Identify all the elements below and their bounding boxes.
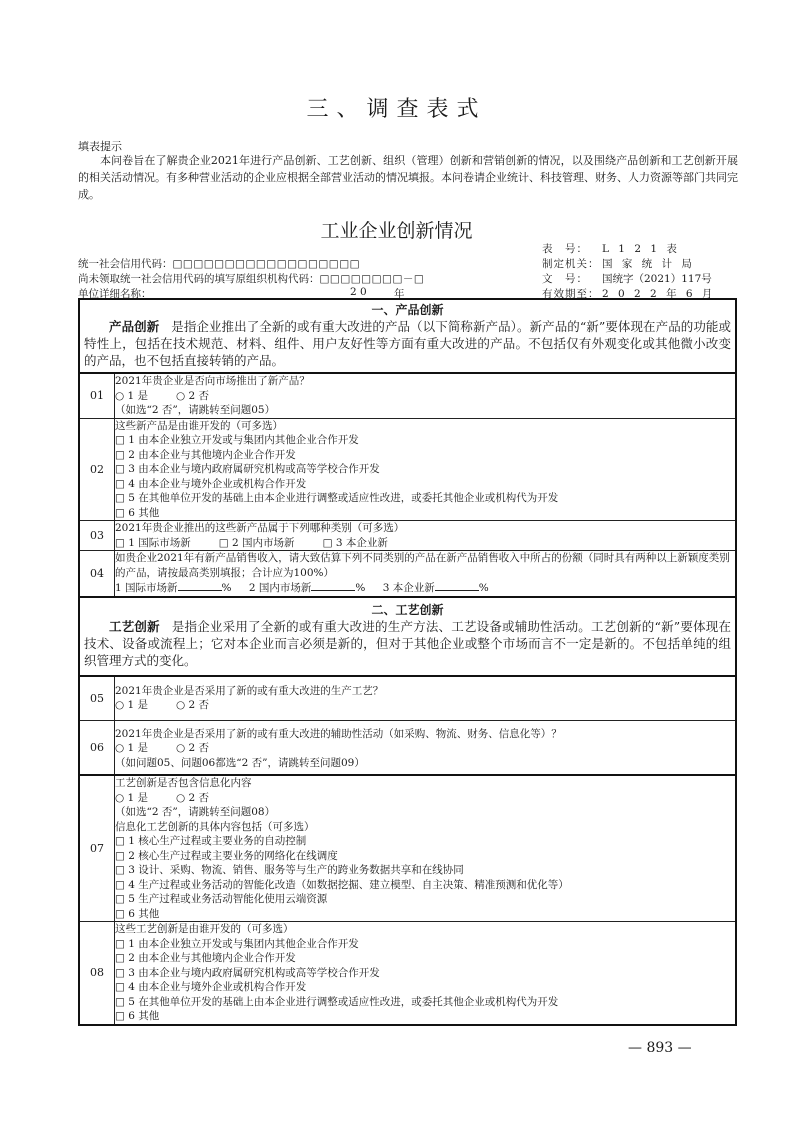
question-number: 04 <box>79 551 115 597</box>
question-text: 2021年贵企业是否采用了新的或有重大改进的辅助性活动（如采购、物流、财务、信息… <box>115 727 735 742</box>
radio-yes[interactable]: ○ 1 是 <box>115 741 148 756</box>
question-text: 工艺创新是否包含信息化内容 <box>115 776 735 791</box>
radio-no[interactable]: ○ 2 否 <box>176 389 209 404</box>
radio-no[interactable]: ○ 2 否 <box>176 741 209 756</box>
section-definition: 工艺创新是指企业采用了全新的或有重大改进的生产方法、工艺设备或辅助性活动。工艺创… <box>84 618 731 669</box>
org-code-boxes[interactable]: □□□□□□□□－□ <box>320 273 425 285</box>
credit-code-label: 统一社会信用代码： <box>78 258 173 270</box>
checkbox-option-6[interactable]: □ 6 其他 <box>115 907 735 922</box>
org-code-row: 尚未领取统一社会信用代码的填写原组织机构代码：□□□□□□□□－□ <box>78 271 424 286</box>
question-text: 这些新产品是由谁开发的（可多选） <box>115 419 735 434</box>
meta-document-number: 文 号：国统字（2021）117号 <box>542 271 738 286</box>
question-number: 08 <box>79 922 115 1025</box>
checkbox-option-3[interactable]: □ 3 由本企业与境内政府属研究机构或高等学校合作开发 <box>115 966 735 981</box>
question-text: 这些工艺创新是由谁开发的（可多选） <box>115 922 735 937</box>
question-number: 03 <box>79 521 115 551</box>
chapter-title: 三、调查表式 <box>0 92 793 123</box>
radio-no[interactable]: ○ 2 否 <box>176 791 209 806</box>
checkbox-option-4[interactable]: □ 4 由本企业与境外企业或机构合作开发 <box>115 477 735 492</box>
fill-hint-body: 本问卷旨在了解贵企业2021年进行产品创新、工艺创新、组织（管理）创新和营销创新… <box>78 152 738 203</box>
radio-no[interactable]: ○ 2 否 <box>176 698 209 713</box>
org-code-label: 尚未领取统一社会信用代码的填写原组织机构代码： <box>78 273 320 285</box>
checkbox-option-6[interactable]: □ 6 其他 <box>115 1009 735 1024</box>
checkbox-option-2[interactable]: □ 2 由本企业与其他境内企业合作开发 <box>115 951 735 966</box>
survey-table: 一、产品创新 产品创新是指企业推出了全新的或有重大改进的产品（以下简称新产品）。… <box>78 298 737 1026</box>
checkbox-option-2[interactable]: □ 2 核心生产过程或主要业务的网络化在线调度 <box>115 849 735 864</box>
credit-code-boxes[interactable]: □□□□□□□□□□□□□□□□□□ <box>173 258 361 270</box>
question-text: 2021年贵企业推出的这些新产品属于下列哪种类别（可多选） <box>115 521 735 536</box>
checkbox-option-1[interactable]: □ 1 由本企业独立开发或与集团内其他企业合作开发 <box>115 433 735 448</box>
question-row-02: 02 这些新产品是由谁开发的（可多选） □ 1 由本企业独立开发或与集团内其他企… <box>79 418 736 521</box>
question-text: 如贵企业2021年有新产品销售收入，请大致估算下列不同类别的产品在新产品销售收入… <box>115 551 735 580</box>
year-prefix: 2 0 <box>350 286 367 298</box>
checkbox-domestic-new[interactable]: □ 2 国内市场新 <box>219 536 295 551</box>
input-international-pct[interactable] <box>178 580 222 591</box>
skip-note: （如选“2 否”，请跳转至问题05） <box>115 403 735 418</box>
checkbox-enterprise-new[interactable]: □ 3 本企业新 <box>323 536 388 551</box>
radio-yes[interactable]: ○ 1 是 <box>115 791 148 806</box>
question-row-04: 04 如贵企业2021年有新产品销售收入，请大致估算下列不同类别的产品在新产品销… <box>79 551 736 597</box>
input-enterprise-pct[interactable] <box>435 580 479 591</box>
radio-yes[interactable]: ○ 1 是 <box>115 698 148 713</box>
field-label-international: 1 国际市场新 <box>115 582 178 594</box>
question-row-06: 06 2021年贵企业是否采用了新的或有重大改进的辅助性活动（如采购、物流、财务… <box>79 720 736 775</box>
checkbox-option-3[interactable]: □ 3 设计、采购、物流、销售、服务等与生产的跨业务数据共享和在线协同 <box>115 863 735 878</box>
checkbox-option-3[interactable]: □ 3 由本企业与境内政府属研究机构或高等学校合作开发 <box>115 462 735 477</box>
question-text: 2021年贵企业是否采用了新的或有重大改进的生产工艺？ <box>115 684 735 699</box>
section-title: 一、产品创新 <box>84 302 731 318</box>
section-process-innovation: 二、工艺创新 工艺创新是指企业采用了全新的或有重大改进的生产方法、工艺设备或辅助… <box>79 597 736 676</box>
checkbox-option-1[interactable]: □ 1 核心生产过程或主要业务的自动控制 <box>115 834 735 849</box>
checkbox-option-5[interactable]: □ 5 在其他单位开发的基础上由本企业进行调整或适应性改进，或委托其他企业或机构… <box>115 995 735 1010</box>
question-row-07: 07 工艺创新是否包含信息化内容 ○ 1 是○ 2 否 （如选“2 否”，请跳转… <box>79 775 736 922</box>
checkbox-option-4[interactable]: □ 4 由本企业与境外企业或机构合作开发 <box>115 980 735 995</box>
input-domestic-pct[interactable] <box>311 580 355 591</box>
question-number: 07 <box>79 775 115 922</box>
sub-question-text: 信息化工艺创新的具体内容包括（可多选） <box>115 820 735 835</box>
question-row-05: 05 2021年贵企业是否采用了新的或有重大改进的生产工艺？ ○ 1 是○ 2 … <box>79 676 736 721</box>
radio-yes[interactable]: ○ 1 是 <box>115 389 148 404</box>
meta-issuing-authority: 制定机关：国 家 统 计 局 <box>542 256 738 271</box>
question-number: 05 <box>79 676 115 721</box>
question-row-01: 01 2021年贵企业是否向市场推出了新产品？ ○ 1 是○ 2 否 （如选“2… <box>79 373 736 418</box>
field-label-domestic: 2 国内市场新 <box>249 582 312 594</box>
checkbox-option-2[interactable]: □ 2 由本企业与其他境内企业合作开发 <box>115 448 735 463</box>
section-term: 产品创新 <box>109 319 159 334</box>
form-title: 工业企业创新情况 <box>0 216 793 243</box>
checkbox-option-1[interactable]: □ 1 由本企业独立开发或与集团内其他企业合作开发 <box>115 937 735 952</box>
checkbox-option-5[interactable]: □ 5 生产过程或业务活动智能化使用云端资源 <box>115 892 735 907</box>
section-product-innovation: 一、产品创新 产品创新是指企业推出了全新的或有重大改进的产品（以下简称新产品）。… <box>79 299 736 373</box>
question-row-03: 03 2021年贵企业推出的这些新产品属于下列哪种类别（可多选） □ 1 国际市… <box>79 521 736 551</box>
question-text: 2021年贵企业是否向市场推出了新产品？ <box>115 374 735 389</box>
meta-form-number: 表 号：L 1 2 1 表 <box>542 241 738 256</box>
section-definition: 产品创新是指企业推出了全新的或有重大改进的产品（以下简称新产品）。新产品的“新”… <box>84 318 731 369</box>
checkbox-option-6[interactable]: □ 6 其他 <box>115 506 735 521</box>
checkbox-option-5[interactable]: □ 5 在其他单位开发的基础上由本企业进行调整或适应性改进，或委托其他企业或机构… <box>115 491 735 506</box>
skip-note: （如问题05、问题06都选“2 否”，请跳转至问题09） <box>115 756 735 771</box>
checkbox-international-new[interactable]: □ 1 国际市场新 <box>115 536 191 551</box>
question-number: 01 <box>79 373 115 418</box>
field-label-enterprise: 3 本企业新 <box>383 582 435 594</box>
section-term: 工艺创新 <box>109 619 160 634</box>
question-number: 02 <box>79 418 115 521</box>
page-number: — 893 — <box>628 1040 692 1056</box>
section-title: 二、工艺创新 <box>84 602 731 618</box>
checkbox-option-4[interactable]: □ 4 生产过程或业务活动的智能化改造（如数据挖掘、建立模型、自主决策、精准预测… <box>115 878 735 893</box>
question-number: 06 <box>79 720 115 775</box>
skip-note: （如选“2 否”，请跳转至问题08） <box>115 805 735 820</box>
credit-code-row: 统一社会信用代码：□□□□□□□□□□□□□□□□□□ <box>78 256 360 271</box>
question-row-08: 08 这些工艺创新是由谁开发的（可多选） □ 1 由本企业独立开发或与集团内其他… <box>79 922 736 1025</box>
